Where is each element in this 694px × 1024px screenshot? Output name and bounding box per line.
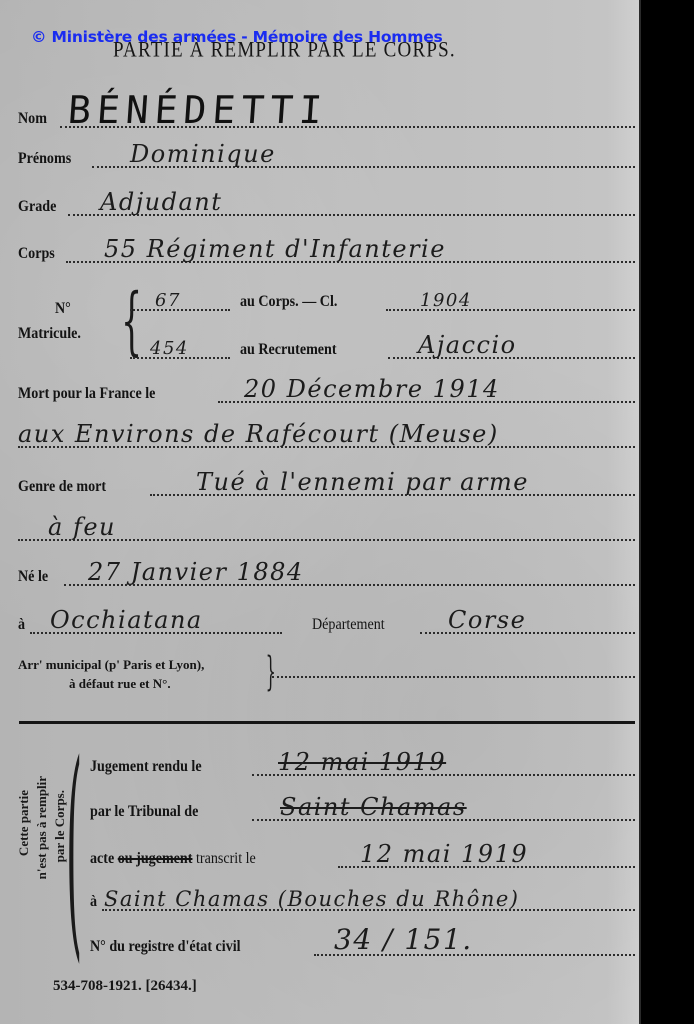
field-naissance-lieu: à Occhiatana Département Corse (0, 608, 639, 638)
nom-label: Nom (18, 110, 47, 128)
arrondissement-label-line1: Arr' municipal (p' Paris et Lyon), (18, 657, 204, 673)
nom-value: BÉNÉDETTI (66, 88, 329, 132)
field-naissance-date: Né le 27 Janvier 1884 (0, 560, 639, 590)
mort-label: Mort pour la France le (18, 385, 155, 403)
departement-label: Département (312, 616, 385, 634)
field-genre-mort: Genre de mort Tué à l'ennemi par arme (0, 470, 639, 500)
departement-value: Corse (448, 606, 526, 634)
jugement-value: 12 mai 1919 (278, 748, 446, 776)
recrutement-value: Ajaccio (418, 331, 517, 359)
recrutement-number-value: 454 (150, 338, 189, 359)
corps-number-label: au Corps. — Cl. (240, 293, 337, 311)
field-grade: Grade Adjudant (0, 190, 639, 220)
field-nom: Nom BÉNÉDETTI (0, 100, 639, 132)
genre-mort-label: Genre de mort (18, 478, 106, 496)
field-transcrit-lieu: à Saint Chamas (Bouches du Rhône) (0, 885, 639, 915)
classe-value: 1904 (420, 290, 472, 311)
field-mort-date: Mort pour la France le 20 Décembre 1914 (0, 377, 639, 407)
section-divider (19, 721, 635, 724)
arrondissement-label-line2: à défaut rue et N°. (69, 676, 171, 692)
field-mort-lieu: aux Environs de Rafécourt (Meuse) (0, 422, 639, 452)
field-prenoms: Prénoms Dominique (0, 142, 639, 172)
genre-mort-value-line2: à feu (48, 513, 116, 541)
transcrit-label-suffix: transcrit le (196, 850, 256, 867)
arrondissement-dotted-line (272, 676, 635, 678)
matricule-recrutement-row: 454 au Recrutement Ajaccio (0, 333, 639, 363)
grade-label: Grade (18, 198, 56, 216)
document-card: © Ministère des armées - Mémoire des Hom… (0, 0, 641, 1024)
prenoms-value: Dominique (130, 140, 276, 168)
field-transcrit: acte ou jugement transcrit le 12 mai 191… (0, 842, 639, 872)
recrutement-label: au Recrutement (240, 341, 337, 359)
field-registre: N° du registre d'état civil 34 / 151. (0, 930, 639, 960)
naissance-date-value: 27 Janvier 1884 (88, 558, 304, 586)
transcrit-label: acte ou jugement transcrit le (90, 850, 256, 868)
registre-label: N° du registre d'état civil (90, 938, 241, 956)
naissance-lieu-label: à (18, 616, 25, 634)
registre-value: 34 / 151. (334, 923, 473, 956)
grade-value: Adjudant (100, 188, 222, 216)
genre-mort-value-line1: Tué à l'ennemi par arme (196, 468, 529, 496)
prenoms-label: Prénoms (18, 150, 71, 168)
transcrit-value: 12 mai 1919 (360, 840, 528, 868)
transcrit-label-struck: ou jugement (118, 850, 193, 867)
matricule-corps-row: 67 au Corps. — Cl. 1904 (0, 285, 639, 315)
tribunal-label: par le Tribunal de (90, 803, 198, 821)
jugement-label: Jugement rendu le (90, 758, 202, 776)
copyright-watermark: © Ministère des armées - Mémoire des Hom… (31, 28, 443, 46)
mort-lieu-value: aux Environs de Rafécourt (Meuse) (18, 420, 499, 448)
transcrit-lieu-label: à (90, 893, 97, 911)
field-tribunal: par le Tribunal de Saint Chamas (0, 795, 639, 825)
corps-number-value: 67 (155, 290, 181, 311)
tribunal-value: Saint Chamas (280, 793, 467, 821)
corps-value: 55 Régiment d'Infanterie (104, 235, 446, 263)
form-reference-code: 534-708-1921. [26434.] (53, 978, 197, 995)
transcrit-label-prefix: acte (90, 850, 114, 867)
field-genre-mort-cont: à feu (0, 515, 639, 545)
field-jugement: Jugement rendu le 12 mai 1919 (0, 750, 639, 780)
transcrit-lieu-value: Saint Chamas (Bouches du Rhône) (104, 887, 520, 911)
naissance-label: Né le (18, 568, 48, 586)
naissance-lieu-value: Occhiatana (50, 606, 203, 634)
mort-date-value: 20 Décembre 1914 (244, 375, 500, 403)
brace: } (266, 652, 276, 692)
field-corps: Corps 55 Régiment d'Infanterie (0, 237, 639, 267)
corps-label: Corps (18, 245, 55, 263)
